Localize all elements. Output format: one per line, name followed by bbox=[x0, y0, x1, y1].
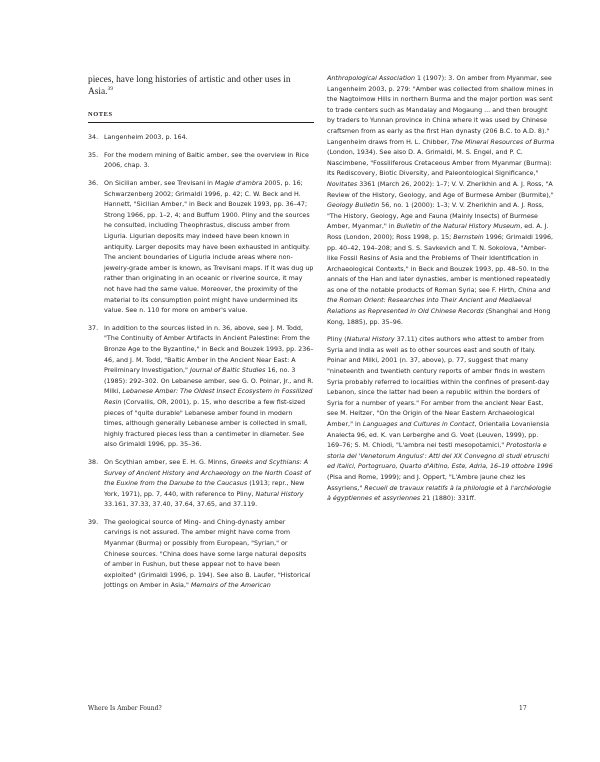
note-text: 2005, p. 16; Schwarzenberg 2002; Grimald… bbox=[104, 180, 313, 314]
footnote: 35.For the modern mining of Baltic amber… bbox=[88, 151, 314, 172]
note-text: Langenheim 2003, p. 164. bbox=[104, 134, 188, 141]
italic-title: Bernstein bbox=[453, 234, 483, 241]
footnote-number: 35. bbox=[88, 151, 98, 162]
italic-title: Novitates bbox=[327, 181, 357, 188]
note-text: Pliny ( bbox=[327, 336, 347, 343]
footnote: 37.In addition to the sources listed in … bbox=[88, 324, 314, 451]
note-text: 1996; Grimaldi 1996, pp. 40–42, 194–208;… bbox=[327, 234, 553, 294]
footnote-paragraph: Anthropological Association 1 (1907): 3.… bbox=[327, 74, 555, 328]
running-footer-title: Where Is Amber Found? bbox=[88, 705, 162, 712]
italic-title: Geology Bulletin bbox=[327, 202, 379, 209]
footnote: 34.Langenheim 2003, p. 164. bbox=[88, 133, 314, 144]
notes-continuation: Anthropological Association 1 (1907): 3.… bbox=[327, 74, 555, 505]
footnote: 38.On Scythian amber, see E. H. G. Minns… bbox=[88, 458, 314, 511]
italic-title: The Mineral Resources of Burma bbox=[451, 139, 554, 146]
note-text: 21 (1880): 331ff. bbox=[420, 495, 476, 502]
note-text: 3361 (March 26, 2002): 1–7; V. V. Zherik… bbox=[327, 181, 554, 199]
note-text: On Scythian amber, see E. H. G. Minns, bbox=[104, 459, 231, 466]
footnote-number: 34. bbox=[88, 133, 98, 144]
note-text: (London, 1934). See also D. A. Grimaldi,… bbox=[327, 149, 552, 177]
note-text: On Sicilian amber, see Trevisani in bbox=[104, 180, 215, 187]
right-column: Anthropological Association 1 (1907): 3.… bbox=[327, 74, 555, 512]
italic-title: Bulletin of the Natural History Museum bbox=[397, 223, 521, 230]
page-number: 17 bbox=[519, 705, 527, 712]
italic-title: Natural History bbox=[347, 336, 395, 343]
left-column: pieces, have long histories of artistic … bbox=[88, 74, 314, 599]
note-reference[interactable]: 39 bbox=[108, 86, 114, 92]
italic-title: Languages and Cultures in Contact bbox=[363, 421, 475, 428]
note-text: 1 (1907): 3. On amber from Myanmar, see … bbox=[327, 75, 553, 146]
footnote: 39.The geological source of Ming- and Ch… bbox=[88, 518, 314, 592]
notes-heading: NOTES bbox=[88, 111, 314, 118]
note-text: 37.11) cites authors who attest to amber… bbox=[327, 336, 549, 428]
footnote-number: 38. bbox=[88, 458, 98, 469]
body-text: pieces, have long histories of artistic … bbox=[88, 75, 291, 97]
footnote-number: 37. bbox=[88, 324, 98, 335]
note-text: For the modern mining of Baltic amber, s… bbox=[104, 152, 309, 170]
footnote-paragraph: Pliny (Natural History 37.11) cites auth… bbox=[327, 335, 555, 505]
body-text-continuation: pieces, have long histories of artistic … bbox=[88, 74, 314, 98]
italic-title: Journal of Baltic Studies bbox=[190, 367, 266, 374]
note-text: (Corvallis, OR, 2001), p. 15, who descri… bbox=[104, 399, 307, 448]
italic-title: Magie d'ambra bbox=[215, 180, 262, 187]
footnote: 36.On Sicilian amber, see Trevisani in M… bbox=[88, 179, 314, 317]
footnote-number: 39. bbox=[88, 518, 98, 529]
italic-title: Memoirs of the American bbox=[191, 582, 271, 589]
note-text: 33.161, 37.33, 37.40, 37.64, 37.65, and … bbox=[104, 501, 257, 508]
note-text: The geological source of Ming- and Ching… bbox=[104, 519, 311, 590]
footnote-number: 36. bbox=[88, 179, 98, 190]
italic-title: Anthropological Association bbox=[327, 75, 415, 82]
notes-divider bbox=[88, 122, 314, 123]
italic-title: Natural History bbox=[256, 491, 304, 498]
notes-list: 34.Langenheim 2003, p. 164.35.For the mo… bbox=[88, 133, 314, 592]
